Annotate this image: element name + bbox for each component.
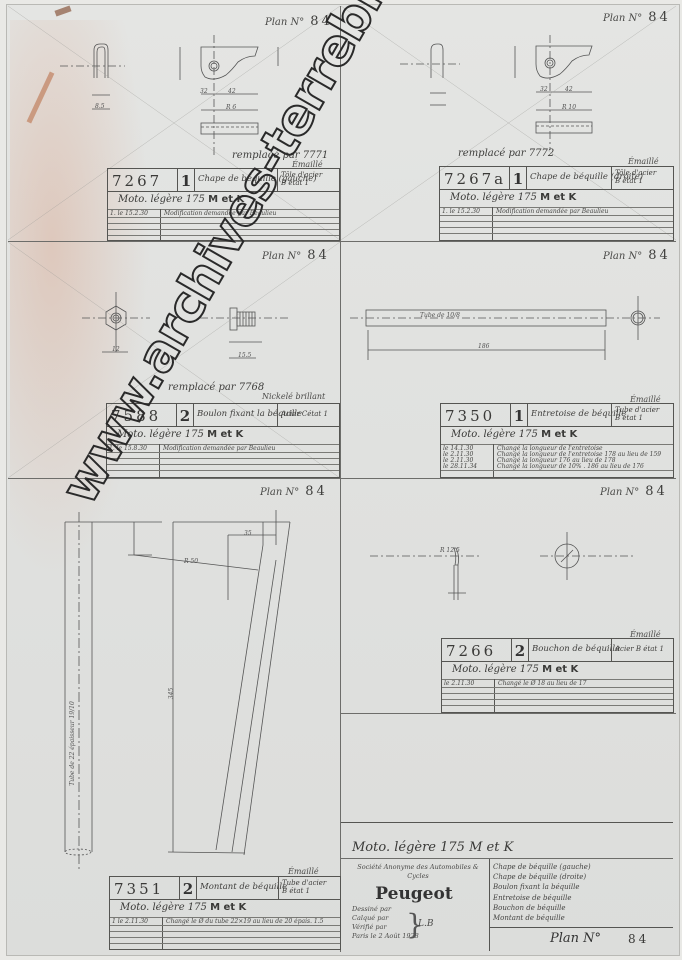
part-material: Acier B état 1 bbox=[611, 639, 673, 661]
part-quantity: 2 bbox=[180, 877, 197, 899]
dim-label: 15.5 bbox=[238, 352, 251, 359]
title-block-7350: 7350 1 Entretoise de béquille Tube d'aci… bbox=[440, 403, 674, 478]
model-label: Moto. légère 175 M et K bbox=[117, 429, 243, 440]
modification-date: 1 le 2.11.30 bbox=[112, 918, 148, 925]
title-block-7266: 7266 2 Bouchon de béquille Acier B état … bbox=[441, 638, 674, 713]
replaced-note: remplacé par 7772 bbox=[458, 148, 554, 159]
model-label: Moto. légère 175 M et K bbox=[118, 194, 244, 205]
dim-label: R 50 bbox=[184, 558, 198, 565]
dim-label: Tube de 22 épaisseur 19/10 bbox=[69, 701, 76, 786]
parts-list-item: Boulon fixant la béquille bbox=[493, 882, 591, 892]
modification-date: 1. le 15.2.30 bbox=[110, 210, 148, 217]
dim-label: 42 bbox=[228, 88, 236, 95]
panel-plan-number: Plan N°84 bbox=[260, 484, 328, 499]
parts-list-item: Entretoise de béquille bbox=[493, 893, 591, 903]
part-reference: 7350 bbox=[441, 404, 511, 426]
modification-date: 1. le 15.2.30 bbox=[442, 208, 480, 215]
main-model-label: Moto. légère 175 M et K bbox=[352, 840, 513, 855]
company-block: Société Anonyme des Automobiles & Cycles… bbox=[344, 858, 490, 951]
part-quantity: 1 bbox=[510, 167, 527, 189]
company-society: Société Anonyme des Automobiles & Cycles bbox=[348, 863, 488, 881]
part-description: Bouchon de béquille bbox=[532, 644, 620, 654]
modification-date: 1. le 15.8.30 bbox=[109, 445, 147, 452]
part-material: Tube d'acierB état 1 bbox=[278, 877, 340, 899]
dim-label: 186 bbox=[478, 343, 489, 350]
parts-list: Chape de béquille (gauche) Chape de béqu… bbox=[493, 862, 591, 923]
drafter-initials: L.B bbox=[418, 919, 433, 929]
parts-list-item: Bouchon de béquille bbox=[493, 903, 591, 913]
part-material: Tube d'acierB état 1 bbox=[611, 404, 673, 426]
panel-plan-number: Plan N°84 bbox=[262, 248, 330, 263]
dim-label: 42 bbox=[565, 86, 573, 93]
panel-plan-number: Plan N°84 bbox=[603, 10, 671, 25]
modification-date: le 2.11.30 bbox=[444, 680, 474, 687]
company-logo-peugeot: Peugeot bbox=[344, 884, 484, 904]
title-block-7267a: 7267a 1 Chape de béquille (droite) Tôle … bbox=[439, 166, 674, 241]
part-material: Acier Cétat 1 bbox=[277, 404, 339, 426]
panel-plan-number: Plan N°84 bbox=[603, 248, 671, 263]
dim-label: R 6 bbox=[226, 104, 236, 111]
finish-label: Nickelé brillant bbox=[262, 392, 325, 401]
dim-label: R 12.5 bbox=[440, 547, 460, 554]
part-quantity: 2 bbox=[177, 404, 194, 426]
dim-label: 12 bbox=[112, 346, 120, 353]
modification-text: Changé le Ø du tube 22×19 au lieu de 20 … bbox=[166, 918, 323, 925]
part-reference: 7266 bbox=[442, 639, 512, 661]
part-reference: 7588 bbox=[107, 404, 177, 426]
modification-text: Modification demandée par Beaulieu bbox=[163, 445, 275, 452]
dim-label: R 10 bbox=[562, 104, 576, 111]
dim-label: 8.5 bbox=[95, 103, 105, 110]
part-quantity: 2 bbox=[512, 639, 529, 661]
panel-plan-number: Plan N°84 bbox=[265, 14, 333, 29]
title-block-7351: 7351 2 Montant de béquille Tube d'acierB… bbox=[109, 876, 341, 950]
part-reference: 7351 bbox=[110, 877, 180, 899]
title-block-7267: 7267 1 Chape de béquille (gauche) Tôle d… bbox=[107, 168, 340, 241]
part-quantity: 1 bbox=[178, 169, 195, 191]
dim-label: 32 bbox=[200, 88, 208, 95]
modification-text: Modification demandée par Beaulieu bbox=[164, 210, 276, 217]
part-reference: 7267 bbox=[108, 169, 178, 191]
model-label: Moto. légère 175 M et K bbox=[450, 192, 576, 203]
panel-plan-number: Plan N°84 bbox=[600, 484, 668, 499]
dim-label: Tube de 10/8 bbox=[420, 312, 460, 319]
model-label: Moto. légère 175 M et K bbox=[451, 429, 577, 440]
parts-list-item: Chape de béquille (gauche) bbox=[493, 862, 591, 872]
model-label: Moto. légère 175 M et K bbox=[452, 664, 578, 675]
plan-label: Plan N° bbox=[550, 931, 601, 946]
modification-text: Modification demandée par Beaulieu bbox=[496, 208, 608, 215]
parts-list-item: Chape de béquille (droite) bbox=[493, 872, 591, 882]
model-label: Moto. légère 175 M et K bbox=[120, 902, 246, 913]
part-description: Montant de béquille bbox=[200, 882, 287, 892]
part-quantity: 1 bbox=[511, 404, 528, 426]
technical-drawings bbox=[0, 0, 682, 960]
plan-number-footer: Plan N° 84 bbox=[490, 927, 673, 950]
dim-label: 35 bbox=[244, 530, 252, 537]
plan-number: 84 bbox=[628, 932, 649, 946]
part-reference: 7267a bbox=[440, 167, 510, 189]
part-material: Tôle d'acierB état 1 bbox=[611, 167, 673, 189]
modification-text: Changé le Ø 18 au lieu de 17 bbox=[498, 680, 586, 687]
dim-label: 345 bbox=[168, 688, 175, 699]
modification-text: Changé la longueur de 10% . 186 au lieu … bbox=[497, 463, 644, 470]
modification-date: le 28.11.34 bbox=[443, 463, 477, 470]
dim-label: 32 bbox=[540, 86, 548, 93]
title-block-7588: 7588 2 Boulon fixant la béquille Acier C… bbox=[106, 403, 340, 478]
replaced-note: remplacé par 7768 bbox=[168, 382, 264, 393]
parts-list-item: Montant de béquille bbox=[493, 913, 591, 923]
finish-label: Émaillé bbox=[628, 157, 659, 166]
part-material: Tôle d'acierB état 1 bbox=[277, 169, 339, 191]
finish-label: Émaillé bbox=[288, 867, 319, 876]
